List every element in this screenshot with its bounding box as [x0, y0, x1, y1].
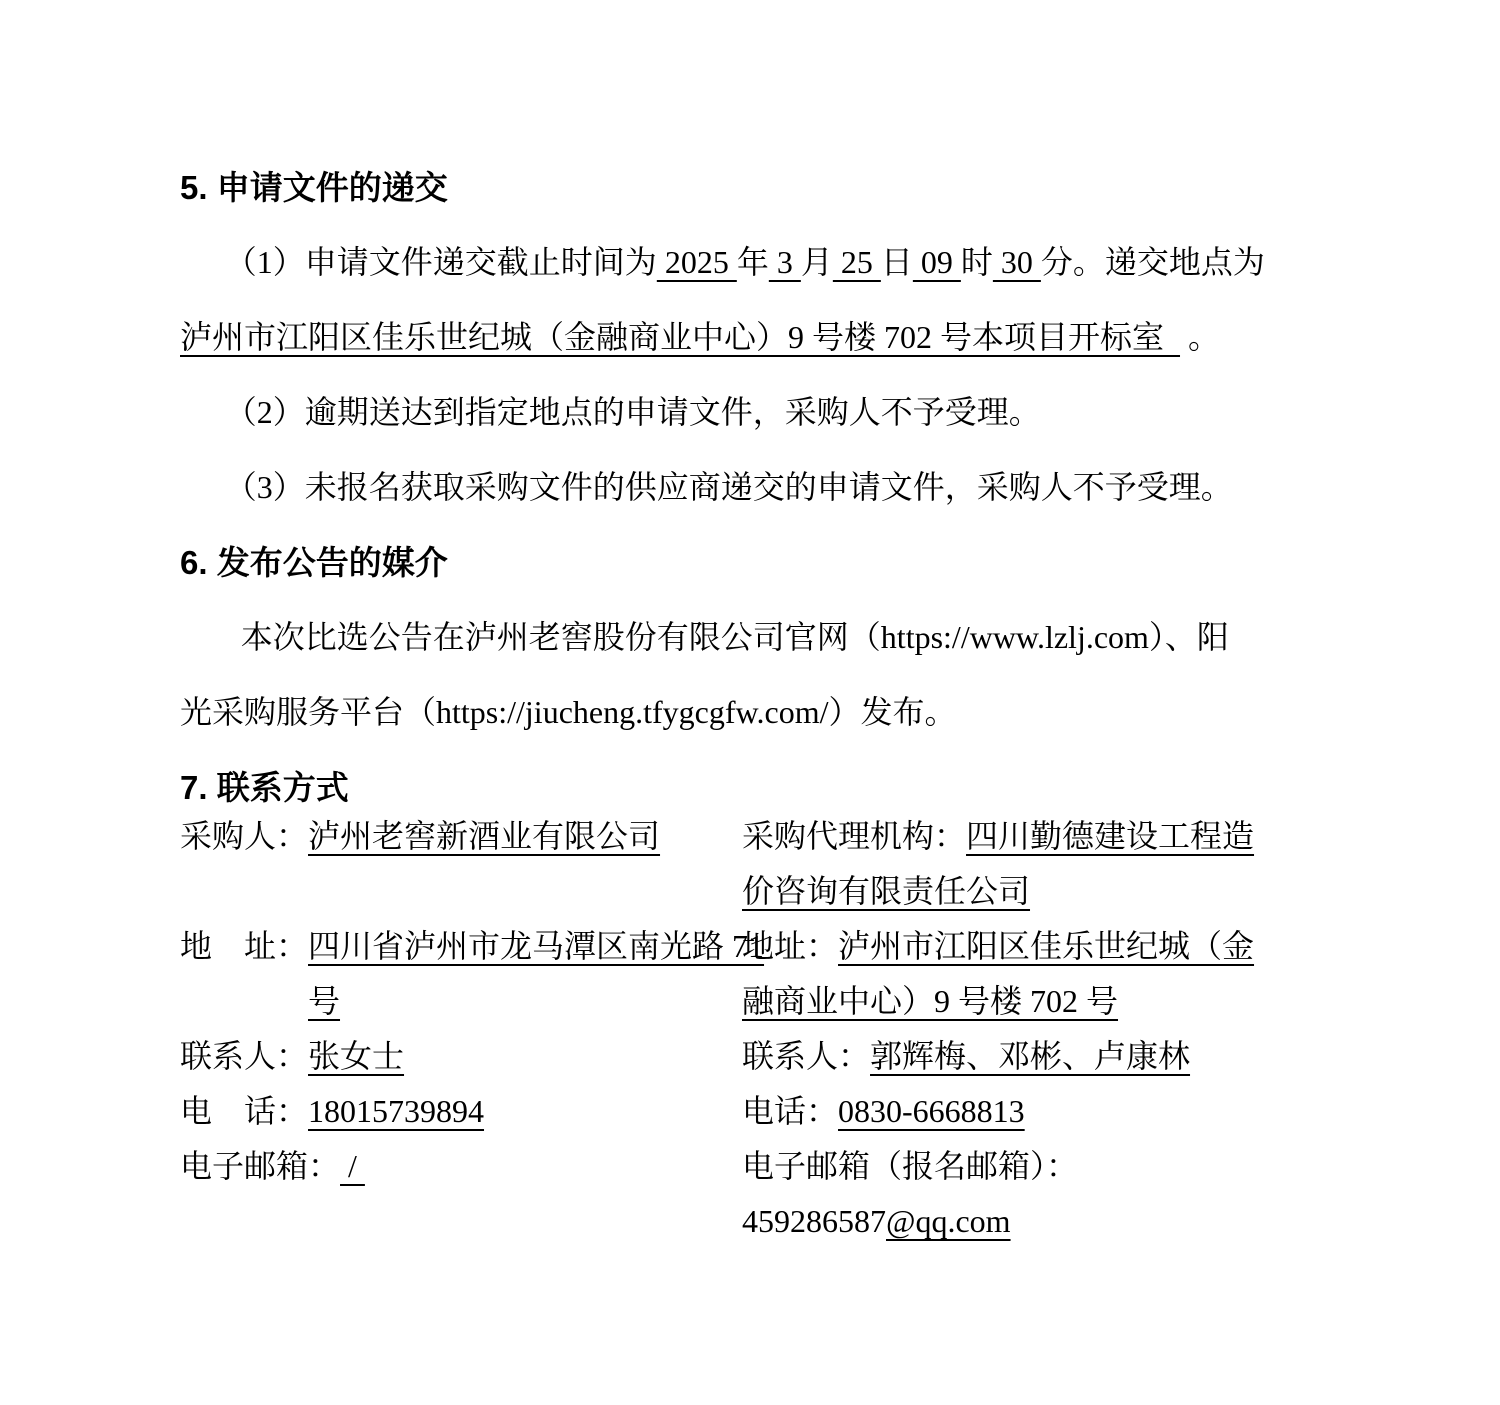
section5-heading: 5. 申请文件的递交	[180, 150, 1215, 225]
purchaser-name-cell: 采购人：泸州老窖新酒业有限公司	[180, 809, 742, 919]
purchaser-address-cell: 地 址：四川省泸州市龙马潭区南光路 71号	[180, 919, 742, 1029]
agency-email-cell: 电子邮箱（报名邮箱）：459286587@qq.com	[742, 1139, 1215, 1249]
section5-paragraph-2: （2）逾期送达到指定地点的申请文件，采购人不予受理。	[180, 375, 1215, 450]
section5-paragraph-3: （3）未报名获取采购文件的供应商递交的申请文件，采购人不予受理。	[180, 450, 1215, 525]
agency-address-cell: 地址：泸州市江阳区佳乐世纪城（金融商业中心）9 号楼 702 号	[742, 919, 1215, 1029]
purchaser-email-cell: 电子邮箱： /	[180, 1139, 742, 1249]
contact-table: 采购人：泸州老窖新酒业有限公司 采购代理机构：四川勤德建设工程造价咨询有限责任公…	[180, 809, 1215, 1249]
section6-paragraph: 本次比选公告在泸州老窖股份有限公司官网（https://www.lzlj.com…	[180, 600, 1215, 750]
section5-paragraph-1: （1）申请文件递交截止时间为 2025 年 3 月 25 日 09 时 30 分…	[180, 225, 1215, 375]
agency-contact-cell: 联系人：郭辉梅、邓彬、卢康林	[742, 1029, 1215, 1084]
document-page: 5. 申请文件的递交 （1）申请文件递交截止时间为 2025 年 3 月 25 …	[0, 0, 1500, 1405]
agency-phone-cell: 电话：0830-6668813	[742, 1084, 1215, 1139]
purchaser-phone-cell: 电 话：18015739894	[180, 1084, 742, 1139]
section6-heading: 6. 发布公告的媒介	[180, 525, 1215, 600]
purchaser-contact-cell: 联系人：张女士	[180, 1029, 742, 1084]
agency-name-cell: 采购代理机构：四川勤德建设工程造价咨询有限责任公司	[742, 809, 1215, 919]
